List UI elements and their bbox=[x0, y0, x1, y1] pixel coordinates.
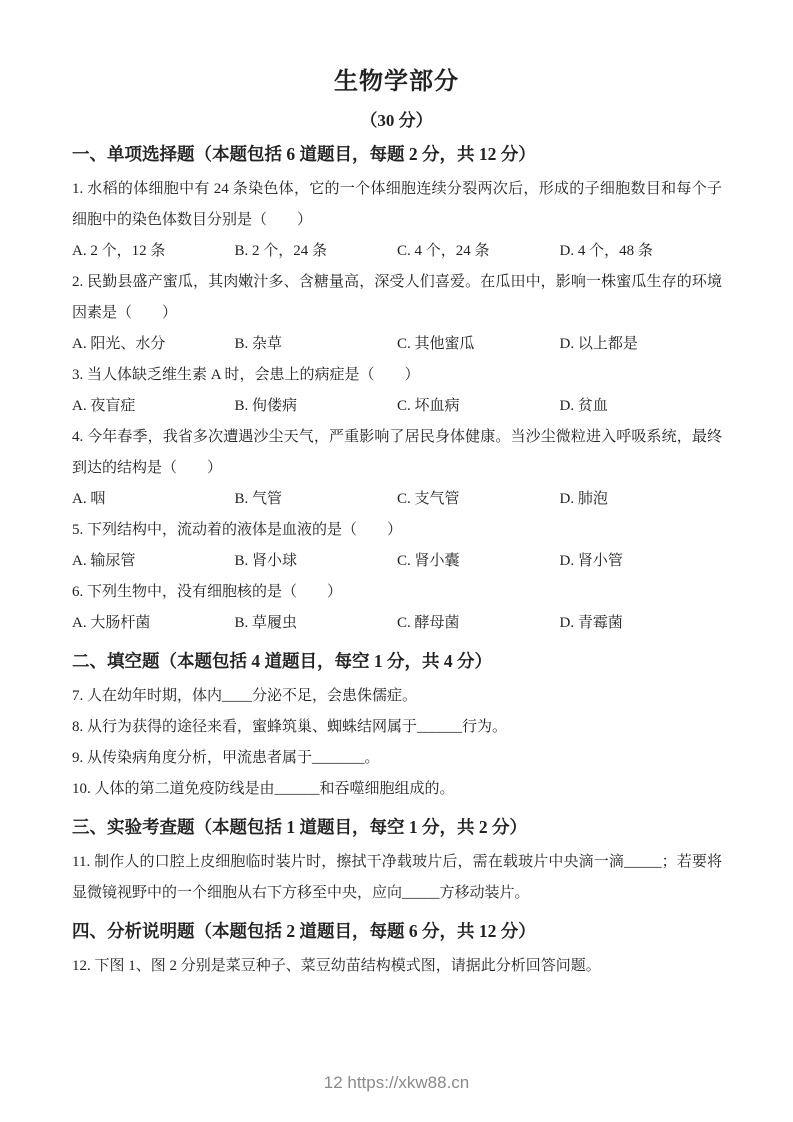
option: D. 肺泡 bbox=[560, 484, 723, 515]
option: A. 大肠杆菌 bbox=[72, 608, 235, 639]
question-text: 12. 下图 1、图 2 分别是菜豆种子、菜豆幼苗结构模式图，请据此分析回答问题… bbox=[72, 951, 722, 982]
question-text: 2. 民勤县盛产蜜瓜，其肉嫩汁多、含糖量高，深受人们喜爱。在瓜田中，影响一株蜜瓜… bbox=[72, 267, 722, 329]
question-text: 4. 今年春季，我省多次遭遇沙尘天气，严重影响了居民身体健康。当沙尘微粒进入呼吸… bbox=[72, 422, 722, 484]
option: B. 佝偻病 bbox=[235, 391, 398, 422]
option: B. 气管 bbox=[235, 484, 398, 515]
option: C. 其他蜜瓜 bbox=[397, 329, 560, 360]
option: D. 以上都是 bbox=[560, 329, 723, 360]
question-text: 6. 下列生物中，没有细胞核的是（ ） bbox=[72, 577, 722, 608]
option: B. 2 个，24 条 bbox=[235, 236, 398, 267]
options-row: A. 咽B. 气管C. 支气管D. 肺泡 bbox=[72, 484, 722, 515]
section-heading: 四、分析说明题（本题包括 2 道题目，每题 6 分，共 12 分） bbox=[72, 916, 722, 946]
question-text: 5. 下列结构中，流动着的液体是血液的是（ ） bbox=[72, 515, 722, 546]
question-text: 1. 水稻的体细胞中有 24 条染色体，它的一个体细胞连续分裂两次后，形成的子细… bbox=[72, 174, 722, 236]
options-row: A. 夜盲症B. 佝偻病C. 坏血病D. 贫血 bbox=[72, 391, 722, 422]
options-row: A. 输尿管B. 肾小球C. 肾小囊D. 肾小管 bbox=[72, 546, 722, 577]
question-text: 7. 人在幼年时期，体内____分泌不足，会患侏儒症。 bbox=[72, 681, 722, 712]
options-row: A. 大肠杆菌B. 草履虫C. 酵母菌D. 青霉菌 bbox=[72, 608, 722, 639]
option: A. 咽 bbox=[72, 484, 235, 515]
section-heading: 三、实验考查题（本题包括 1 道题目，每空 1 分，共 2 分） bbox=[72, 812, 722, 842]
options-row: A. 阳光、水分B. 杂草C. 其他蜜瓜D. 以上都是 bbox=[72, 329, 722, 360]
exam-page: 生物学部分 （30 分） 一、单项选择题（本题包括 6 道题目，每题 2 分，共… bbox=[0, 0, 793, 1122]
page-footer: 12 https://xkw88.cn bbox=[0, 1072, 793, 1094]
option: B. 杂草 bbox=[235, 329, 398, 360]
option: C. 4 个，24 条 bbox=[397, 236, 560, 267]
option: C. 肾小囊 bbox=[397, 546, 560, 577]
question-text: 11. 制作人的口腔上皮细胞临时装片时，擦拭干净载玻片后，需在载玻片中央滴一滴_… bbox=[72, 847, 722, 909]
question-text: 3. 当人体缺乏维生素 A 时，会患上的病症是（ ） bbox=[72, 360, 722, 391]
option: A. 2 个，12 条 bbox=[72, 236, 235, 267]
option: A. 输尿管 bbox=[72, 546, 235, 577]
question-text: 8. 从行为获得的途径来看，蜜蜂筑巢、蜘蛛结网属于______行为。 bbox=[72, 712, 722, 743]
options-row: A. 2 个，12 条B. 2 个，24 条C. 4 个，24 条D. 4 个，… bbox=[72, 236, 722, 267]
option: D. 青霉菌 bbox=[560, 608, 723, 639]
section-heading: 一、单项选择题（本题包括 6 道题目，每题 2 分，共 12 分） bbox=[72, 139, 722, 169]
option: B. 草履虫 bbox=[235, 608, 398, 639]
option: A. 夜盲症 bbox=[72, 391, 235, 422]
question-text: 9. 从传染病角度分析，甲流患者属于_______。 bbox=[72, 743, 722, 774]
option: A. 阳光、水分 bbox=[72, 329, 235, 360]
option: D. 肾小管 bbox=[560, 546, 723, 577]
option: D. 贫血 bbox=[560, 391, 723, 422]
option: C. 坏血病 bbox=[397, 391, 560, 422]
document-subtitle: （30 分） bbox=[0, 110, 793, 132]
option: C. 支气管 bbox=[397, 484, 560, 515]
option: C. 酵母菌 bbox=[397, 608, 560, 639]
document-content: 一、单项选择题（本题包括 6 道题目，每题 2 分，共 12 分）1. 水稻的体… bbox=[0, 139, 793, 982]
document-title: 生物学部分 bbox=[0, 0, 793, 98]
section-heading: 二、填空题（本题包括 4 道题目，每空 1 分，共 4 分） bbox=[72, 646, 722, 676]
option: D. 4 个，48 条 bbox=[560, 236, 723, 267]
question-text: 10. 人体的第二道免疫防线是由______和吞噬细胞组成的。 bbox=[72, 774, 722, 805]
option: B. 肾小球 bbox=[235, 546, 398, 577]
